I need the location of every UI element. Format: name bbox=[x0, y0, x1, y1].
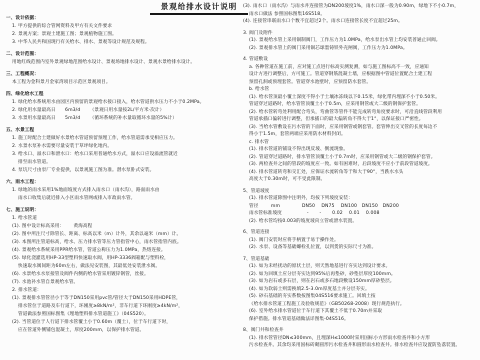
text-line: (3). 两检查井之间的管段的坡度应一致。如有困难时，后段坡度不应小于前段管道坡… bbox=[243, 161, 478, 169]
text-line: 四、绿化给水工程 bbox=[6, 91, 239, 99]
text-line: 预留孔洞或预埋套管。管道穿水池壁时，应预留防水套管。 bbox=[243, 79, 478, 87]
text-line: (1). 排水管道除图中注明外，均按下列坡度安装： bbox=[243, 195, 478, 203]
text-line: 用地红线范围内室外景观绿地范围给水设计、景观场地排水设计、景观水景给排水设计。 bbox=[6, 59, 239, 67]
text-line: 4. 泵坑尺寸由泵厂专业提供，以景观施工图为准。潜水泵卧式安装。 bbox=[6, 167, 239, 175]
text-line: (1). 给水管顶最小覆土深度不得小于土壤冰冻线以下0.15米，绿化带内埋深不小… bbox=[243, 94, 478, 102]
text-line: 8、阀门井和检查井 bbox=[243, 327, 478, 335]
text-line: 1. 绿化给水系统用水由园区内预留的景观给水接口接入，给水管道供水压力不小于0.… bbox=[6, 99, 239, 107]
text-line: (1). 景观给水管上采用铜制阀门，工作压力为1.0MPa，给水泵出水管上均安装… bbox=[243, 37, 478, 45]
page-title: 景观给排水设计说明 bbox=[150, 2, 248, 15]
text-line: 设计方进行调整后，方可施工。管道穿钢筋混凝土墙，应根据图中管道位置配合土建工程 bbox=[243, 71, 478, 79]
right-column: (3). 雨水口（雨水沟）与雨水井连接管为DN200坡度1%，雨水口深一般为0.… bbox=[243, 3, 478, 350]
text-line: (6). 室外给水排水管道位于车行道下其覆土不低于0.70m并采取 bbox=[243, 308, 478, 316]
text-line: 二、设计范围： bbox=[6, 51, 239, 59]
text-line: (6). 水景给水水泵接管及阀件内侧的给水管采用镀锌钢管，丝接。 bbox=[6, 271, 239, 279]
text-line: (1). 景观排水管管径小于等于DN150采用pvc管/管径大于DN150采用H… bbox=[6, 295, 239, 303]
text-line: 2. 景观方案；景观土建施工图；景观植物施工图。 bbox=[6, 31, 239, 39]
text-line: (1). 图中设计标高采用： 黄海高程 bbox=[6, 223, 239, 231]
text-line: (5). 砂石基础的夯实系数按图集04S516要求施工。回填土按 bbox=[243, 293, 478, 301]
text-line: 2. 水景水泵补水需要尽量安装于草坪绿化地内。 bbox=[6, 143, 239, 151]
text-line: (5). 绿化浇灌选用HP-33型塑料快速取水阀，用HP-3336阀箱配与塑料栓… bbox=[6, 255, 239, 263]
text-line: 4. 管道敷设 bbox=[243, 56, 478, 64]
text-line: 2. 排水管道： bbox=[6, 287, 239, 295]
text-line: (2). 如为回填土应分层夯实达到95%后再垫砂，砂垫层厚度100mm。 bbox=[243, 271, 478, 279]
text-line: (1). 阀门安装时应将手柄置于易于操作处。 bbox=[243, 237, 478, 245]
text-line: a. 各种管道在施工前，应对施工点进行标高实测复测，如与施工图标高不一致，应通知 bbox=[243, 64, 478, 72]
text-line: c. 排水管 bbox=[243, 139, 478, 147]
text-line: (2). 景观排水管上的阀门采用铜芯球墨铸铁外壳闸阀，工作压力为1.0MPa。 bbox=[243, 45, 478, 53]
text-line: 3. 给水口、溢水口和泄水口：给水口采用普通给水方式，溢水口应设溢流管就近 bbox=[6, 151, 239, 159]
left-column: 一、设计依据：1. 甲方提供的综合管网资料及甲方有关文件要求2. 景观方案；景观… bbox=[6, 15, 239, 335]
text-line: 管道穿过道路时，给水管管顶覆土小于0.5m，应采用钢管或大二级的钢保护套管。 bbox=[243, 101, 478, 109]
text-line: 一、设计依据： bbox=[6, 15, 239, 23]
text-line: 管径 mm DN50 DN75 DN100 DN150 DN200 bbox=[243, 203, 478, 211]
text-line: 1. 绿地的雨水采用1%地面坡度方式排入雨水口（雨水沟），路面雨水由 bbox=[6, 187, 239, 195]
text-line: 保护措施。排水管道基础做法详图集-04S516。 bbox=[243, 316, 478, 324]
text-line: (7). 水池补水管自景观给水管。 bbox=[6, 279, 239, 287]
design-notes-sheet: 景观给排水设计说明 一、设计依据：1. 甲方提供的综合管网资料及甲方有关文件要求… bbox=[0, 0, 480, 360]
text-line: 管道做法参照国标图集《埋地塑料排水管道施工》（04S520）。 bbox=[6, 311, 239, 319]
text-line: 6、管道连接 bbox=[243, 229, 478, 237]
text-line: (2). 给水管均按0.003的坡度坡向立管或泄水装置。 bbox=[243, 218, 478, 226]
text-line: (1). 如为未经扰动的原状土层，则天然地基进行夯实达到设计要求。 bbox=[243, 263, 478, 271]
text-line: b. 给水管 bbox=[243, 86, 478, 94]
text-line: 3. 阀门及附件 bbox=[243, 30, 478, 38]
text-line: (3). 当给水管敷设在污水管的下面时，应采用钢管或钢套管。套管伸出交叉管的长度… bbox=[243, 124, 478, 132]
text-line: 1. 施工时配合土建做好水景给水管道预留预埋工作，给水管道需承受相应压力。 bbox=[6, 135, 239, 143]
text-line: 《给水排水管道工程施工及验收规范》（GB50268-2008）现行规范执行。 bbox=[243, 301, 478, 309]
text-line: 高度大于0.30m时，可不受此限制。 bbox=[243, 176, 478, 184]
text-line: 应在管道外侧铺包混凝土，厚度200mm，以保护排水管道。 bbox=[6, 327, 239, 335]
text-line: (2). 给水管转弯处利用配合弯头，弯曲管等管件不能完成转弯角度要求时，可沿直线… bbox=[243, 109, 478, 117]
text-line: 1. 甲方提供的综合管网资料及甲方有关文件要求 bbox=[6, 23, 239, 31]
text-line: (4). 如为软弱土则需换填2.5-3.0m厚度基土并分层夯实。 bbox=[243, 286, 478, 294]
text-line: 本工程为金科景月金家湾项目示范区景观项目。 bbox=[6, 79, 239, 87]
text-line: (4). 排水管道转弯和交汇处，应保证水流转角等于和大于90°，当跌水水头 bbox=[243, 169, 478, 177]
text-line: 雨水口收集后就近排入小区雨水管网或排入市政雨水管。 bbox=[6, 195, 239, 203]
text-line: 雨水管标准坡度 - - 0.02 0.01 0.008 bbox=[243, 210, 478, 218]
text-line: (4). 连接管串联雨水口个数不宜超过2个。雨水口连接管长度不宜超过25m。 bbox=[243, 18, 478, 26]
text-line: (1). 排水管道的铺设不得出现反坡、倒流现象。 bbox=[243, 146, 478, 154]
text-line: (2). 管道穿过道路时，排水管管顶覆土小于0.7m时，应采用钢管或大二级的钢保… bbox=[243, 154, 478, 162]
text-line: 管道承插口偏转进行调整，但承插口的最大偏转角不得大于1°，以保证接口严密性。 bbox=[243, 116, 478, 124]
text-line: 3. 水景用水量最高日 5m3/d （循环系统的补水量取循环水量的5%计） bbox=[6, 115, 239, 123]
text-line: (3). 本图所注管道标高，给水、压力排水管等压力管指管中心，雨水管指管内底。 bbox=[6, 239, 239, 247]
text-line: 1. 给水管道 bbox=[6, 215, 239, 223]
text-line: 雨水口做法 参照国标图集16S518。 bbox=[243, 11, 478, 19]
text-line: 污水检查井。其余均采用国标砖砌圆形污水检查井和圆形雨水检查井。排水检查井应设置防… bbox=[243, 342, 478, 350]
text-line: (2). 当管道位于人行道下排水管覆土小于0.60m（覆土），位于车行道下时， bbox=[6, 319, 239, 327]
text-line: 七、施工说明： bbox=[6, 207, 239, 215]
text-line: 7、管道基础 bbox=[243, 256, 478, 264]
text-line: 五、水景工程 bbox=[6, 127, 239, 135]
text-line: (2). 水泵、设备等基础螺栓孔位置，以到货的实际尺寸为准。 bbox=[243, 244, 478, 252]
text-line: 3. 中华人民共和国现行有关给水、排水、景观等设计规范及规程。 bbox=[6, 39, 239, 47]
text-line: 六、雨水工程： bbox=[6, 179, 239, 187]
text-line: 得小于1.5m，套管两端应采用防水材料封闭。 bbox=[243, 131, 478, 139]
text-line: (1). 排水管管径DN≤300mm，且埋深H≤1000时采用国标小方形雨水检查… bbox=[243, 335, 478, 343]
text-line: (4). 景观给水系统采用PPR给水管，管道公称压力为1.0MPa，热熔连接。 bbox=[6, 247, 239, 255]
text-line: 5、管道坡度 bbox=[243, 188, 478, 196]
text-line: (3). 雨水口（雨水沟）与雨水井连接管为DN200坡度1%，雨水口深一般为0.… bbox=[243, 3, 478, 11]
text-line: 三、工程概况： bbox=[6, 71, 239, 79]
text-line: 排水管位于道路及车行道下，环刚度≥8kN/m²，非车行道下环刚度≥4kN/m²， bbox=[6, 303, 239, 311]
text-line: 2. 绿化用水量最高日 6m3/d （景观日用水量按2L/平方米·次计） bbox=[6, 107, 239, 115]
text-line: 快速取水阀间距为60m左右，做法见安装图，其最低处安装泄水阀。 bbox=[6, 263, 239, 271]
text-line: (2). 图中所注尺寸除管长、距离、标高以米（m）计外，其余以毫米（mm）计。 bbox=[6, 231, 239, 239]
text-line: 排至雨水管道。 bbox=[6, 159, 239, 167]
text-line: (3). 如为岩石或多石层，则在岩石或多石地段敷设150mm厚砂垫层。 bbox=[243, 278, 478, 286]
